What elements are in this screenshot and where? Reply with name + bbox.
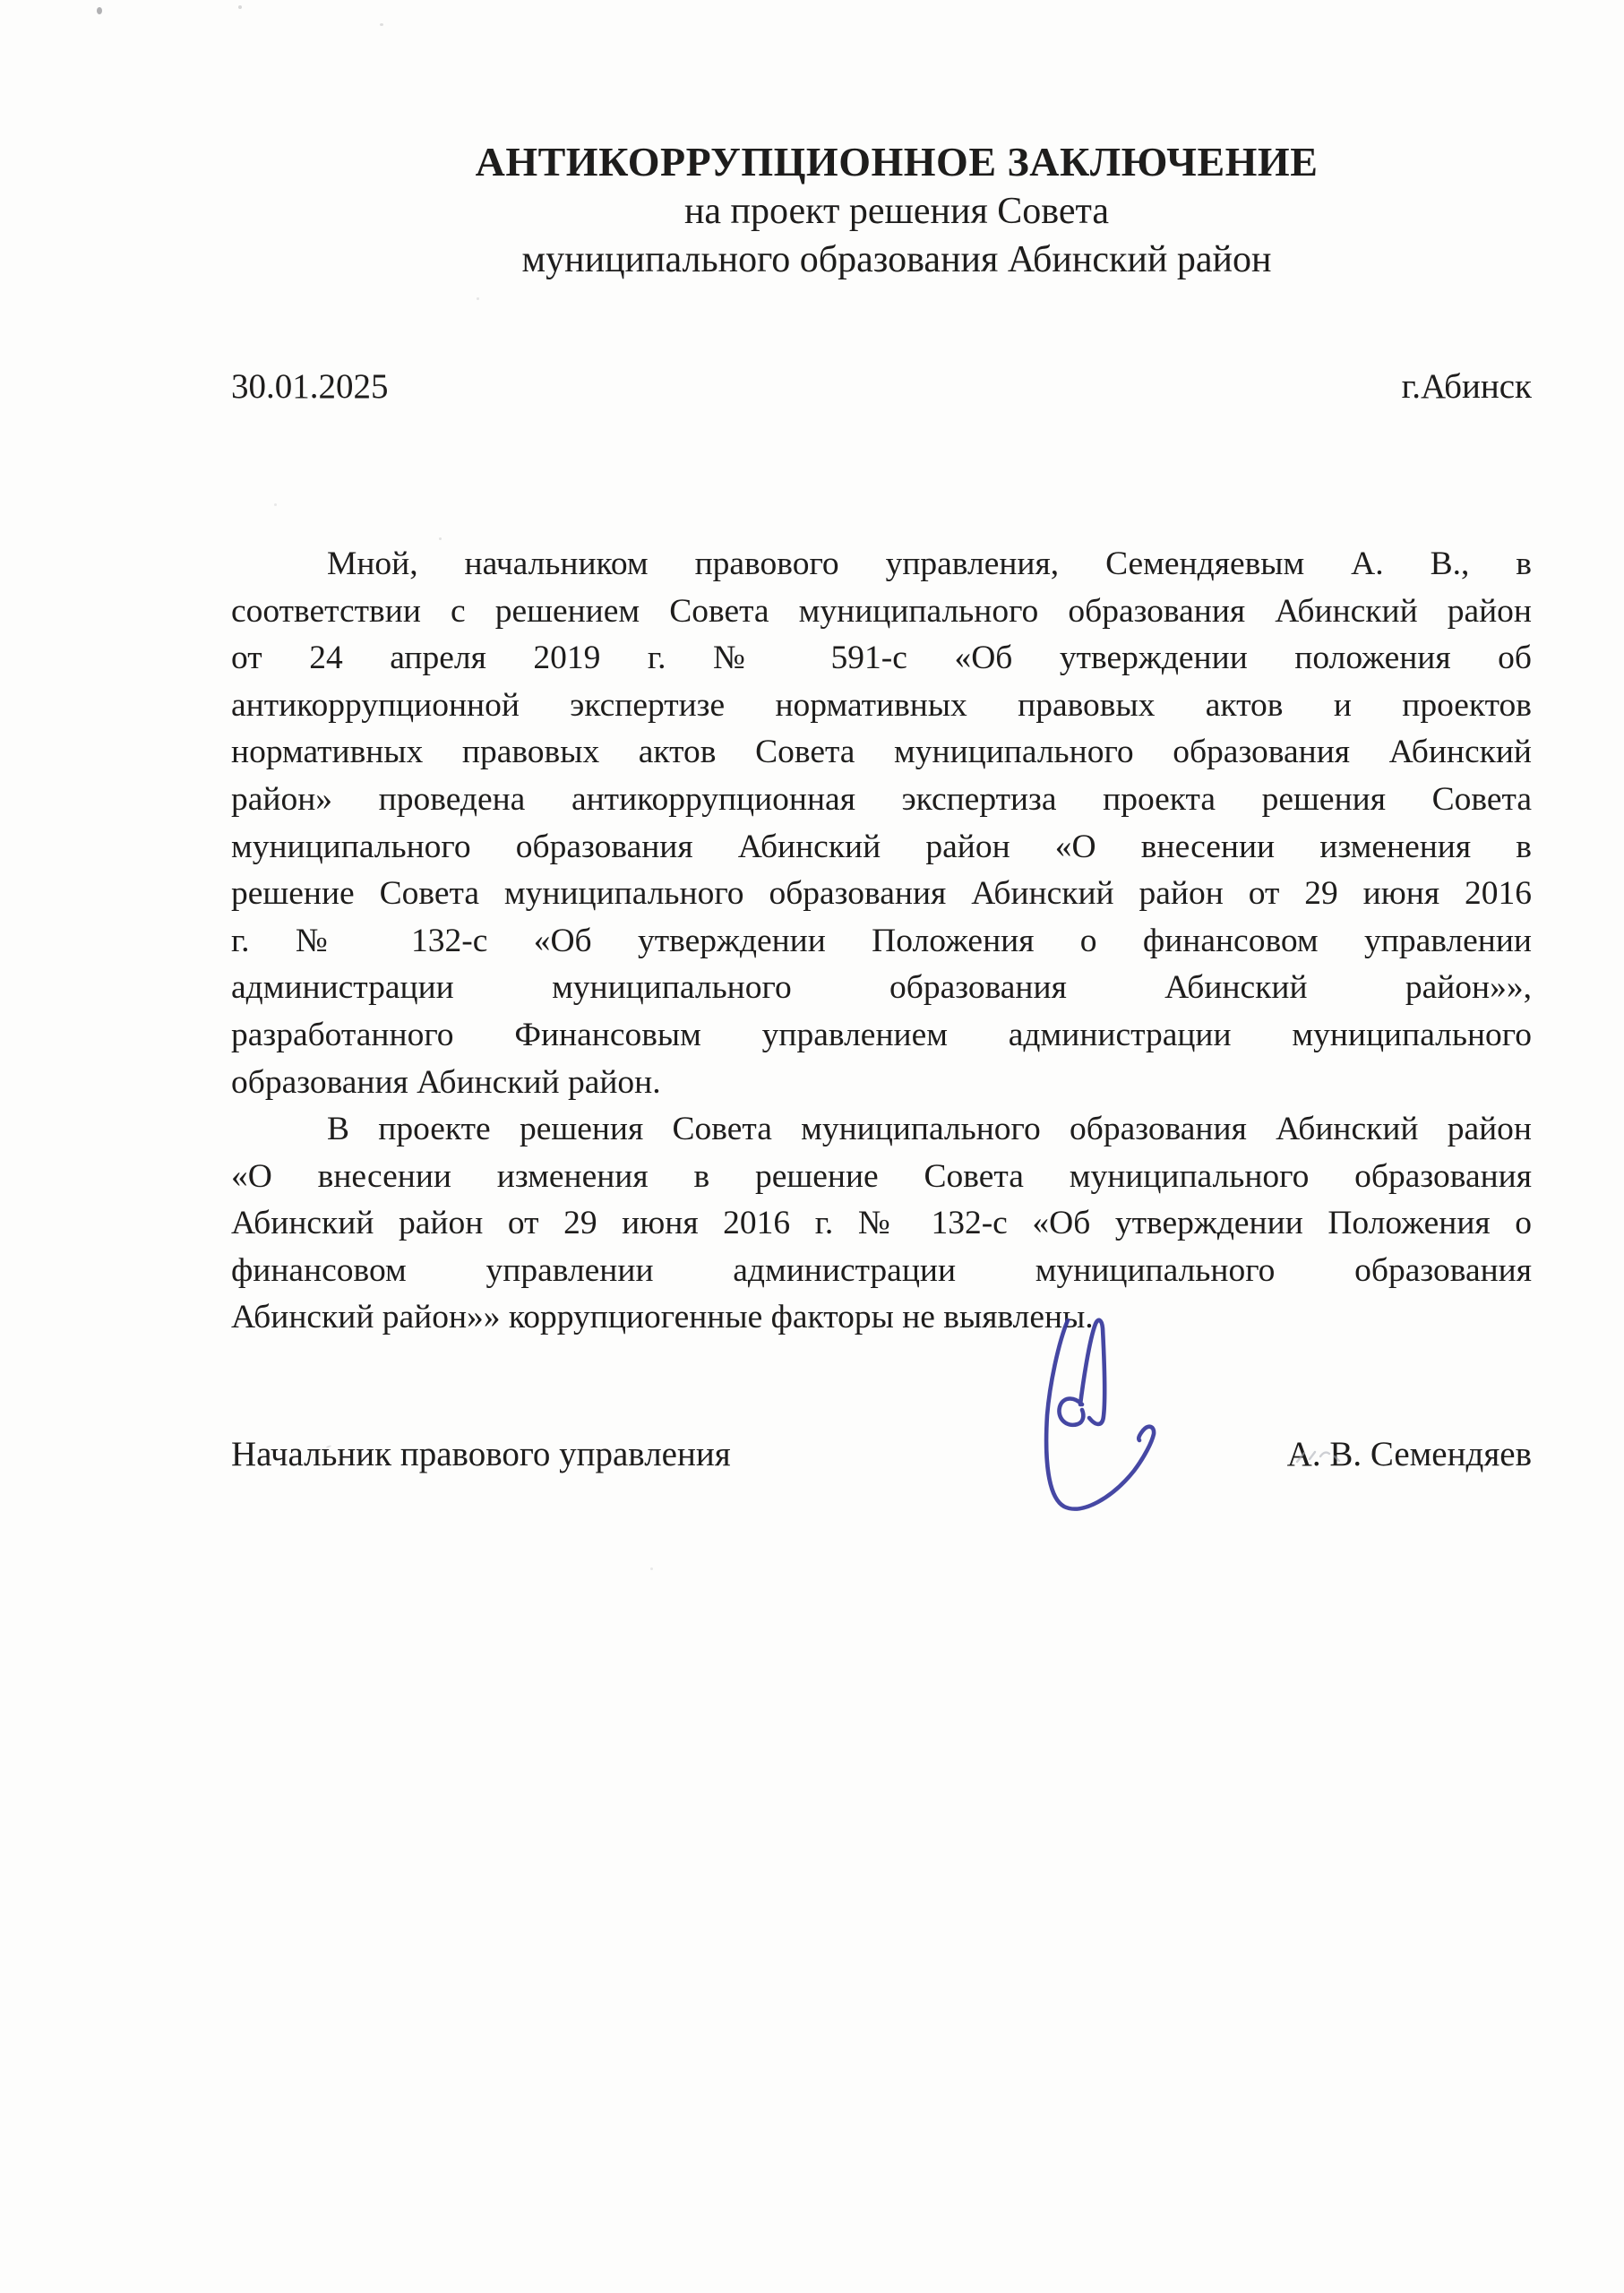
paragraph-line: Абинский район»» коррупциогенные факторы… <box>231 1294 1532 1342</box>
paragraph-line: муниципального образования Абинский райо… <box>231 824 1532 872</box>
document-header: АНТИКОРРУПЦИОННОЕ ЗАКЛЮЧЕНИЕ на проект р… <box>231 136 1532 284</box>
paragraph-line: финансовом управлении администрации муни… <box>231 1248 1532 1295</box>
paragraph-2: В проекте решения Совета муниципального … <box>231 1106 1532 1342</box>
paragraph-line: администрации муниципального образования… <box>231 965 1532 1012</box>
paragraph-line: от 24 апреля 2019 г. № 591-с «Об утвержд… <box>231 635 1532 683</box>
scan-speck <box>650 1567 653 1570</box>
document-city: г.Абинск <box>1402 364 1532 410</box>
paragraph-line: г. № 132-с «Об утверждении Положения о ф… <box>231 918 1532 966</box>
paragraph-line: Мной, начальником правового управления, … <box>231 541 1532 588</box>
document-date: 30.01.2025 <box>231 364 389 410</box>
paragraph-line: нормативных правовых актов Совета муници… <box>231 729 1532 777</box>
handwritten-signature <box>1027 1290 1188 1523</box>
document-subtitle-line2: муниципального образования Абинский райо… <box>262 236 1532 284</box>
document-title: АНТИКОРРУПЦИОННОЕ ЗАКЛЮЧЕНИЕ <box>262 136 1532 187</box>
paragraph-line: разработанного Финансовым управлением ад… <box>231 1012 1532 1060</box>
scan-speck <box>477 297 479 300</box>
faint-pencil-marks <box>1290 1435 1388 1474</box>
scan-speck <box>97 7 102 14</box>
paragraph-line: соответствии с решением Совета муниципал… <box>231 588 1532 636</box>
signatory-position: Начальник правового управления <box>231 1431 731 1478</box>
paragraph-line: Абинский район от 29 июня 2016 г. № 132-… <box>231 1200 1532 1248</box>
scan-speck <box>380 23 383 26</box>
scan-speck <box>274 503 277 506</box>
paragraph-line: решение Совета муниципального образовани… <box>231 871 1532 918</box>
paragraph-line: «О внесении изменения в решение Совета м… <box>231 1154 1532 1201</box>
paragraph-line: антикоррупционной экспертизе нормативных… <box>231 683 1532 730</box>
document-subtitle-line1: на проект решения Совета <box>262 187 1532 236</box>
paragraph-1: Мной, начальником правового управления, … <box>231 541 1532 1106</box>
paragraph-line: В проекте решения Совета муниципального … <box>231 1106 1532 1154</box>
scanned-document-page: АНТИКОРРУПЦИОННОЕ ЗАКЛЮЧЕНИЕ на проект р… <box>0 0 1624 2293</box>
scan-speck <box>439 537 442 540</box>
scan-speck <box>238 5 242 9</box>
paragraph-line: образования Абинский район. <box>231 1060 1532 1107</box>
paragraph-line: район» проведена антикоррупционная экспе… <box>231 777 1532 824</box>
date-place-row: 30.01.2025 г.Абинск <box>231 364 1532 410</box>
